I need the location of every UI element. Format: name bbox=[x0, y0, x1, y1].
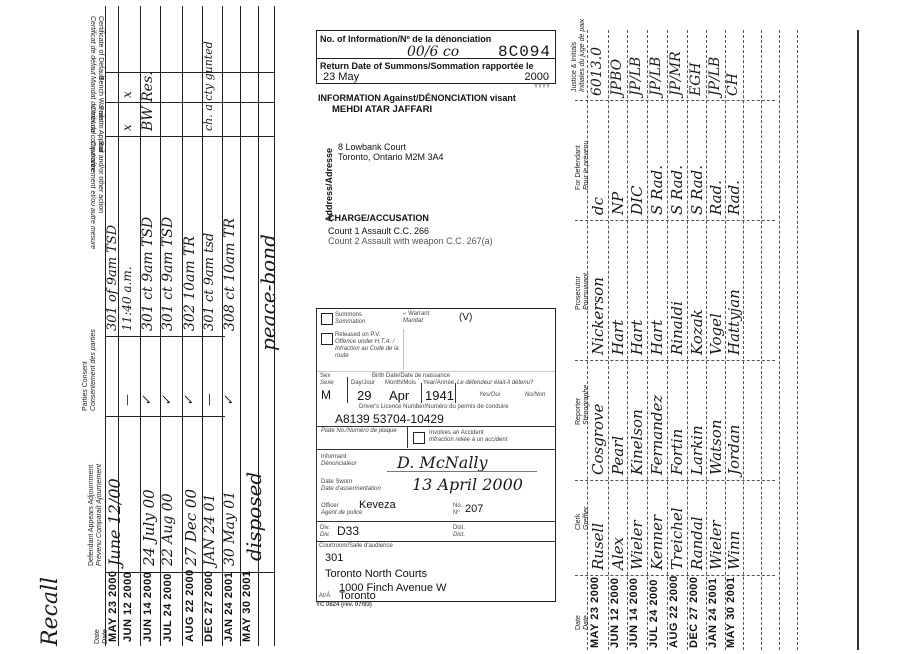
row-consent: ✓ bbox=[222, 395, 237, 406]
row-date: JAN 24 2001 bbox=[223, 572, 235, 642]
return-date-label: Return Date of Summons/Sommation rapport… bbox=[320, 61, 534, 71]
birth-month: Apr bbox=[389, 388, 409, 403]
divider bbox=[407, 426, 408, 448]
accused-name: MEHDI ATAR JAFFARI bbox=[332, 104, 432, 115]
row-date: JUN 12 2000 bbox=[609, 578, 621, 648]
row-reporter: Pearl bbox=[609, 436, 627, 475]
row-adjourned: JAN 24 01 bbox=[202, 493, 218, 566]
row-justice: 6013.0 bbox=[589, 47, 605, 96]
column-divider bbox=[105, 136, 275, 137]
row-divider bbox=[779, 30, 780, 650]
row-prosecutor: Nickerson bbox=[589, 277, 607, 355]
row-reporter: Watson bbox=[707, 420, 725, 475]
return-date-day-month: 23 May bbox=[323, 71, 359, 83]
row-bench: x bbox=[120, 91, 134, 98]
row-reporter: Larkin bbox=[688, 425, 706, 475]
row-date: JUN 14 2000 bbox=[628, 578, 640, 648]
column-divider bbox=[575, 220, 775, 221]
row-clerk: Wieler bbox=[628, 520, 646, 570]
row-clerk: Rusell bbox=[589, 523, 607, 570]
plate-label: Plate No./Numéro de plaque bbox=[321, 428, 397, 435]
no-label: No/Non bbox=[525, 392, 545, 399]
warrant-label: ⌐ WarrantMandat bbox=[403, 311, 429, 325]
row-prosecutor: Rinaldi bbox=[668, 301, 686, 355]
count-2: Count 2 Assault with weapon C.C. 267(a) bbox=[328, 236, 493, 246]
col-header-default: Certificate of DefaultCertificat de défa… bbox=[88, 16, 104, 79]
row-for-defendant: Rad. bbox=[707, 180, 725, 215]
row-bail: 301 of 9am TSD bbox=[105, 225, 120, 331]
row-for-defendant: S Rad. bbox=[648, 165, 666, 215]
released-label: Released on P.V.Offence under H.T.A. / I… bbox=[335, 332, 405, 360]
court-city: Toronto bbox=[339, 590, 376, 602]
row-for-defendant: S Rad. bbox=[668, 165, 686, 215]
info-no-label: No. of Information/Nº de la dénonciation bbox=[320, 34, 491, 44]
address-line1: 8 Lowbank Court bbox=[338, 142, 406, 152]
row-adjourned: June 12/00 bbox=[105, 478, 124, 566]
column-divider bbox=[105, 102, 275, 103]
row-consent: ✓ bbox=[182, 395, 197, 406]
accident-checkbox[interactable] bbox=[413, 432, 425, 444]
row-adjourned: 22 Aug 00 bbox=[160, 493, 176, 566]
row-divider bbox=[587, 30, 588, 650]
row-bail: 301 ct 9am tsd bbox=[202, 233, 217, 331]
row-adjourned: 30 May 01 bbox=[222, 491, 238, 566]
row-bail: 308 ct 10am TR bbox=[222, 218, 238, 331]
sex-value: M bbox=[321, 388, 331, 402]
info-number-box: No. of Information/Nº de la dénonciation… bbox=[316, 30, 556, 84]
row-prosecutor: Vogel bbox=[707, 313, 725, 355]
charge-label: CHARGE/ACCUSATION bbox=[328, 213, 429, 223]
recall-annotation: Recall bbox=[38, 577, 63, 646]
officer-no-label: No.Nº bbox=[453, 503, 462, 517]
row-for-defendant: NP bbox=[609, 192, 627, 215]
row-adjourned: disposed bbox=[242, 472, 266, 561]
signature-line bbox=[387, 471, 537, 472]
row-fails: BW Res. bbox=[140, 71, 156, 131]
row-clerk: Treichel bbox=[668, 507, 686, 570]
row-date: MAY 23 2000 bbox=[589, 576, 601, 648]
court-name: Toronto North Courts bbox=[325, 568, 427, 580]
row-date: AUG 22 2000 bbox=[184, 569, 196, 642]
divider bbox=[317, 521, 555, 522]
column-divider bbox=[575, 360, 775, 361]
dist-label: Dist.Dist. bbox=[453, 525, 465, 539]
courtroom-value: 301 bbox=[325, 552, 343, 564]
column-divider bbox=[105, 336, 225, 337]
row-date: JUL 24 2000 bbox=[648, 579, 660, 648]
column-divider bbox=[575, 100, 775, 101]
divider bbox=[317, 541, 555, 542]
row-consent: — bbox=[202, 393, 217, 406]
row-clerk: Winn bbox=[725, 531, 743, 570]
column-divider bbox=[105, 416, 225, 417]
row-bail: 301 ct 9am TSD bbox=[140, 217, 156, 331]
row-justice: JP/LB bbox=[648, 57, 664, 96]
row-clerk: Kenner bbox=[648, 515, 666, 570]
row-justice: CH bbox=[725, 73, 741, 96]
process-mark: (V) bbox=[459, 312, 472, 323]
row-for-defendant: Rad. bbox=[725, 180, 743, 215]
row-for-defendant: S Rad. bbox=[688, 165, 706, 215]
summons-checkbox[interactable] bbox=[321, 313, 333, 325]
row-date: JUN 14 2000 bbox=[142, 572, 154, 642]
officer-no-value: 207 bbox=[465, 503, 483, 515]
page-edge bbox=[857, 30, 859, 650]
divider bbox=[347, 377, 348, 403]
summons-label: SummonsSommation bbox=[335, 312, 365, 326]
row-consent: — bbox=[120, 394, 134, 406]
row-prosecutor: Hart bbox=[648, 320, 666, 355]
row-date: JUN 12 2000 bbox=[122, 572, 134, 642]
birth-day: 29 bbox=[357, 388, 371, 403]
detained-label: Le défendeur était-il détenu? bbox=[457, 380, 533, 387]
row-for-defendant: dc bbox=[589, 197, 607, 215]
col-header-adjourned: Defendant Appears AdjournmentPrévenu Com… bbox=[88, 464, 104, 566]
row-divider bbox=[761, 30, 762, 650]
column-divider bbox=[105, 72, 275, 73]
row-clerk: Randal bbox=[688, 516, 706, 570]
row-justice: JP/LB bbox=[707, 57, 723, 96]
officer-label: OfficerAgent de police bbox=[321, 503, 362, 517]
divider bbox=[421, 383, 422, 403]
row-adjourned: 27 Dec 00 bbox=[182, 489, 200, 566]
row-fails: ch. a cty gunted bbox=[202, 41, 215, 131]
row-bail: 302 10am TR bbox=[182, 236, 198, 331]
divider bbox=[455, 383, 456, 403]
count-1: Count 1 Assault C.C. 266 bbox=[328, 226, 429, 236]
row-date: MAY 23 2000 bbox=[107, 570, 119, 642]
row-prosecutor: Hart bbox=[609, 320, 627, 355]
column-divider bbox=[575, 480, 775, 481]
row-clerk: Alex bbox=[609, 537, 627, 570]
sex-label: SexSexe bbox=[320, 373, 334, 387]
row-date: AUG 22 2000 bbox=[668, 575, 680, 648]
row-prosecutor: Hart bbox=[628, 320, 646, 355]
row-divider bbox=[743, 30, 744, 650]
yes-label: Yes/Oui bbox=[479, 392, 500, 399]
month-label: Month/Mois bbox=[385, 380, 416, 387]
date-sworn-label: Date SwornDate d'assermentation bbox=[321, 479, 381, 493]
row-clerk: Wieler bbox=[707, 520, 725, 570]
row-reporter: Fortin bbox=[668, 429, 686, 475]
form-code: YC 0824 (rev. 07/93) bbox=[316, 602, 372, 609]
row-reporter: Kinelson bbox=[628, 409, 646, 475]
col-header-consent: Parties ConsentConsentement des parties bbox=[82, 329, 98, 411]
courtroom-label: Courtroom/Salle d'audience bbox=[319, 543, 393, 550]
return-date-year: 2000 bbox=[525, 71, 549, 83]
row-reporter: Cosgrove bbox=[589, 404, 607, 475]
informant-signature: D. McNally bbox=[397, 453, 488, 472]
year-format: YYYY bbox=[534, 84, 550, 91]
row-fails: x bbox=[120, 124, 134, 131]
row-bail: peace-bond bbox=[256, 234, 280, 351]
row-bail: 11:40 a.m. bbox=[120, 266, 134, 331]
div-label: Div.Div. bbox=[320, 525, 330, 539]
birth-year: 1941 bbox=[425, 388, 454, 403]
informant-label: InformantDénonciateur bbox=[321, 454, 357, 468]
row-consent: ✓ bbox=[140, 395, 155, 406]
divider bbox=[317, 58, 555, 59]
row-divider bbox=[797, 30, 798, 650]
row-justice: JP/MR bbox=[668, 51, 684, 96]
row-reporter: Jordan bbox=[725, 425, 743, 475]
col-header-for-defendant: For DefendantPour le prévenu bbox=[575, 141, 591, 190]
day-label: Day/Jour bbox=[351, 380, 375, 387]
released-checkbox[interactable] bbox=[321, 333, 333, 345]
row-prosecutor: Kozak bbox=[688, 309, 706, 355]
row-reporter: Fernandez bbox=[648, 395, 666, 475]
row-for-defendant: DIC bbox=[628, 186, 646, 215]
year-label: Year/Année bbox=[423, 380, 454, 387]
row-date: JAN 24 2001 bbox=[707, 578, 719, 648]
appearance-record-left: DateDate Defendant Appears AdjournmentPr… bbox=[60, 6, 275, 646]
row-justice: JP/LB bbox=[628, 57, 644, 96]
accident-label: Involves an AccidentInfraction reliée à … bbox=[429, 430, 507, 444]
information-against-label: INFORMATION Against/DÉNONCIATION visant bbox=[318, 93, 516, 103]
row-date: JUL 24 2000 bbox=[162, 573, 174, 642]
row-date: MAY 30 2001 bbox=[241, 570, 253, 642]
row-justice: EGH bbox=[688, 62, 704, 96]
row-prosecutor: Hattyjan bbox=[725, 289, 743, 355]
officer-value: Keveza bbox=[359, 499, 396, 511]
details-box: SummonsSommation ⌐ WarrantMandat (V) Rel… bbox=[316, 308, 556, 602]
address-line2: Toronto, Ontario M2M 3A4 bbox=[338, 152, 444, 162]
licence-value: A8139 53704-10429 bbox=[335, 412, 444, 426]
row-justice: JPBO bbox=[609, 59, 625, 96]
licence-label: Driver's Licence Number/Numéro du permis… bbox=[359, 404, 509, 411]
date-sworn-value: 13 April 2000 bbox=[412, 475, 523, 494]
divider bbox=[403, 329, 404, 369]
birth-date-label: Birth Date/Date de naissance bbox=[372, 373, 450, 380]
information-form: No. of Information/Nº de la dénonciation… bbox=[316, 30, 556, 650]
col-header-bench-warrant: Bench WarrantMandat du tribunal bbox=[88, 76, 104, 134]
address-label: Address/Adresse bbox=[324, 148, 334, 222]
row-consent: ✓ bbox=[160, 395, 175, 406]
row-date: DEC 27 2000 bbox=[203, 570, 215, 642]
row-date: DEC 27 2000 bbox=[688, 576, 700, 648]
divider bbox=[317, 426, 555, 427]
row-date: MAY 30 2001 bbox=[725, 576, 737, 648]
divider bbox=[317, 371, 555, 372]
row-adjourned: 24 July 00 bbox=[140, 489, 158, 566]
at-label: At/À bbox=[319, 593, 330, 600]
row-bail: 301 ct 9am TSD bbox=[160, 217, 176, 331]
div-value: D33 bbox=[337, 524, 359, 538]
appearance-record-right: DateDate ClerkGreffier ReporterSténograp… bbox=[575, 30, 875, 650]
col-header-justice: Justice & InitialsInitiales du juge de p… bbox=[571, 19, 587, 92]
divider bbox=[317, 449, 555, 450]
